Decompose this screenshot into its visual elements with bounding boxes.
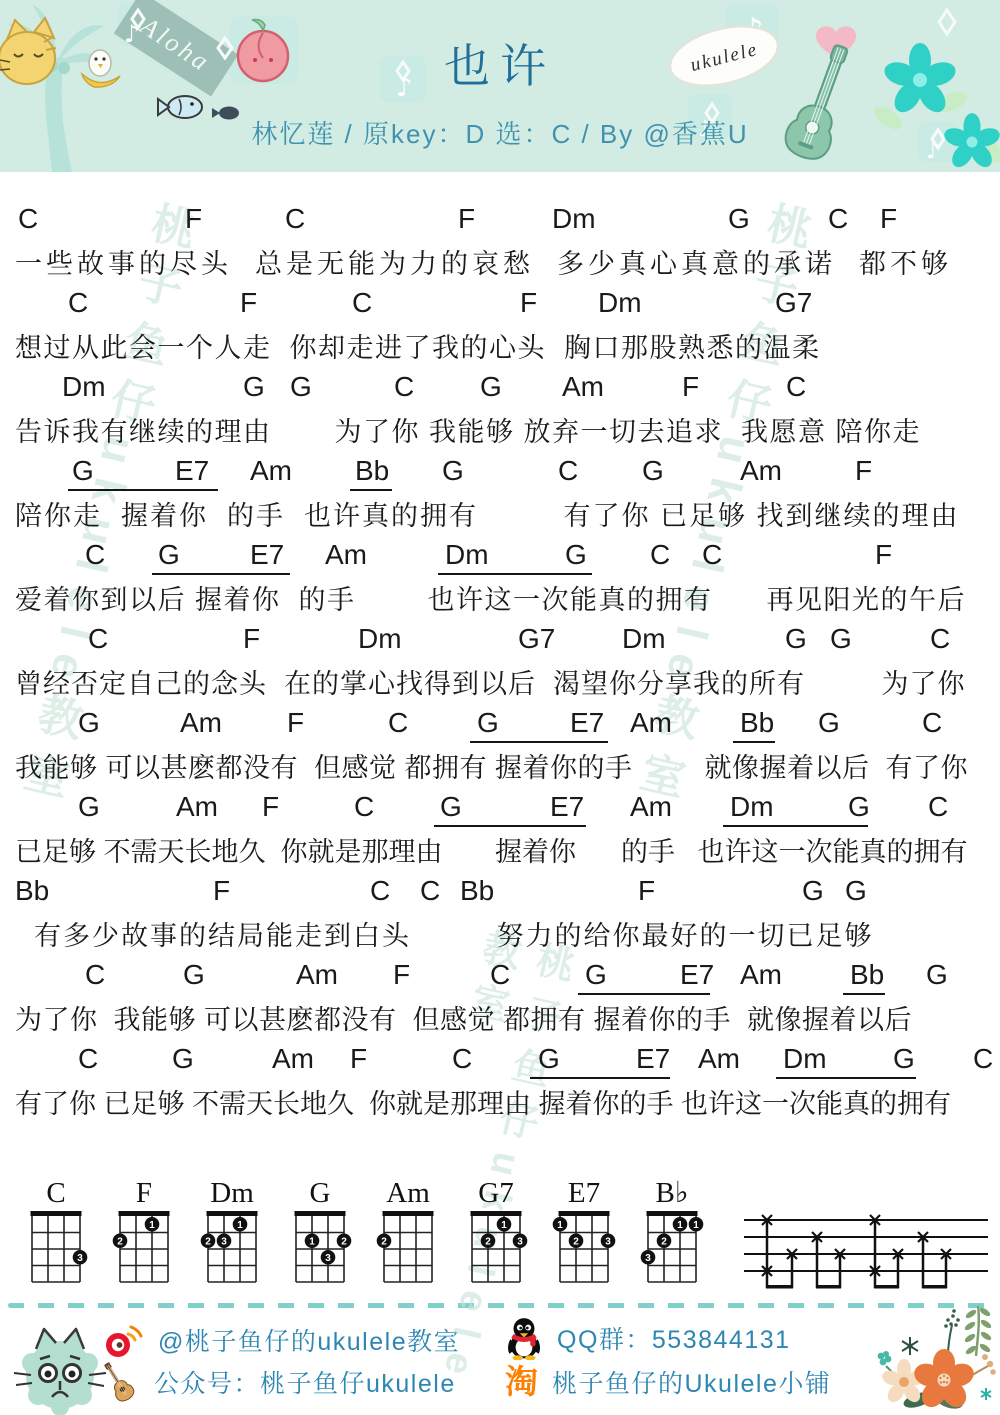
svg-text:2: 2: [117, 1236, 123, 1247]
line-10: CGAmFCGE7AmBbG为了你 我能够 可以甚麽都没有 但感觉 都拥有 握着…: [0, 959, 1000, 1043]
svg-text:3: 3: [517, 1236, 523, 1247]
chord: C: [354, 791, 374, 823]
chord-underline: [733, 741, 775, 743]
chord: Am: [325, 539, 367, 571]
chord: F: [520, 287, 537, 319]
flower-decoration: [848, 1298, 1000, 1415]
weibo-label: @桃子鱼仔的ukulele教室: [158, 1322, 460, 1358]
chord: E7: [550, 791, 584, 823]
lyric-line: 告诉我有继续的理由 为了你 我能够 放弃一切去追求 我愿意 陪你走: [15, 410, 921, 449]
lyric-line: 为了你 我能够 可以甚麽都没有 但感觉 都拥有 握着你的手 就像握着以后: [15, 998, 912, 1037]
chord-diagram-B♭: B♭1123: [637, 1178, 707, 1289]
chord: C: [558, 455, 578, 487]
svg-text:2: 2: [341, 1236, 347, 1247]
chord: G: [243, 371, 265, 403]
chord: Dm: [598, 287, 642, 319]
chord-underline: [470, 741, 608, 743]
chord: G: [78, 791, 100, 823]
chord: Am: [698, 1043, 740, 1075]
line-1: CFCFDmGCF一些故事的尽头 总是无能为力的哀愁 多少真心真意的承诺 都不够: [0, 203, 1000, 287]
chord-diagram-label: Am: [373, 1178, 443, 1210]
chord-diagram-label: G7: [461, 1178, 531, 1210]
chord: G: [72, 455, 94, 487]
chord-grid: 123: [549, 1210, 619, 1284]
chord: G: [642, 455, 664, 487]
taobao-contact: 淘 桃子鱼仔的Ukulele小铺: [505, 1360, 831, 1404]
chord-underline: [776, 1077, 916, 1079]
svg-text:1: 1: [501, 1220, 507, 1231]
lyric-line: 想过从此会一个人走 你却走进了我的心头 胸口那股熟悉的温柔: [15, 326, 821, 365]
chord: F: [880, 203, 897, 235]
chord-diagram-E7: E7123: [549, 1178, 619, 1289]
chord: E7: [570, 707, 604, 739]
chord: C: [370, 875, 390, 907]
chord: C: [85, 539, 105, 571]
taobao-label: 桃子鱼仔的Ukulele小铺: [552, 1364, 831, 1400]
chord: C: [420, 875, 440, 907]
chord: Am: [740, 455, 782, 487]
chord: C: [18, 203, 38, 235]
line-4: GE7AmBbGCGAmF陪你走 握着你 的手 也许真的拥有 有了你 已足够 找…: [0, 455, 1000, 539]
qq-contact: QQ群：553844131: [505, 1316, 791, 1360]
chord: G: [183, 959, 205, 991]
line-11: CGAmFCGE7AmDmGC有了你 已足够 不需天长地久 你就是那理由 握着你…: [0, 1043, 1000, 1127]
chord-underline: [578, 993, 710, 995]
weibo-contact: @桃子鱼仔的ukulele教室: [104, 1318, 460, 1362]
chord: Am: [296, 959, 338, 991]
lyric-line: 一些故事的尽头 总是无能为力的哀愁 多少真心真意的承诺 都不够: [15, 242, 952, 281]
svg-text:2: 2: [661, 1236, 667, 1247]
chord: Dm: [445, 539, 489, 571]
chord-grid: 12: [109, 1210, 179, 1284]
lyric-line: 曾经否定自己的念头 在的掌心找得到以后 渴望你分享我的所有 为了你: [15, 662, 966, 701]
svg-text:1: 1: [557, 1220, 563, 1231]
chord-underline: [152, 573, 290, 575]
chord-underline: [530, 1077, 670, 1079]
page-subtitle: 林忆莲 / 原key：D 选：C / By @香蕉U: [0, 114, 1000, 151]
chord: Am: [562, 371, 604, 403]
chord: G: [848, 791, 870, 823]
chord: C: [786, 371, 806, 403]
chord: C: [78, 1043, 98, 1075]
chord: Dm: [622, 623, 666, 655]
chord-grid: 2: [373, 1210, 443, 1284]
chord: C: [490, 959, 510, 991]
chord-diagram-label: G: [285, 1178, 355, 1210]
chord: E7: [250, 539, 284, 571]
lyric-line: 爱着你到以后 握着你 的手 也许这一次能真的拥有 再见阳光的午后: [15, 578, 966, 617]
svg-text:2: 2: [573, 1236, 579, 1247]
chord: Am: [630, 707, 672, 739]
chord-diagram-label: E7: [549, 1178, 619, 1210]
svg-text:3: 3: [605, 1236, 611, 1247]
chord: F: [243, 623, 260, 655]
line-2: CFCFDmG7想过从此会一个人走 你却走进了我的心头 胸口那股熟悉的温柔: [0, 287, 1000, 371]
svg-text:1: 1: [237, 1220, 243, 1231]
chord-grid: 123: [285, 1210, 355, 1284]
svg-text:3: 3: [325, 1253, 331, 1264]
lyric-line: 有了你 已足够 不需天长地久 你就是那理由 握着你的手 也许这一次能真的拥有: [15, 1082, 951, 1121]
line-8: GAmFCGE7AmDmGC已足够 不需天长地久 你就是那理由 握着你 的手 也…: [0, 791, 1000, 875]
chord: C: [68, 287, 88, 319]
svg-text:1: 1: [309, 1236, 315, 1247]
chord: F: [855, 455, 872, 487]
chord: G: [785, 623, 807, 655]
line-7: GAmFCGE7AmBbGC我能够 可以甚麽都没有 但感觉 都拥有 握着你的手 …: [0, 707, 1000, 791]
chord: G: [830, 623, 852, 655]
chord: G: [78, 707, 100, 739]
chord: C: [388, 707, 408, 739]
chord: G: [565, 539, 587, 571]
chord: E7: [680, 959, 714, 991]
chord: Dm: [730, 791, 774, 823]
lyric-line: 有多少故事的结局能走到白头 努力的给你最好的一切已足够: [15, 914, 874, 953]
chord: Dm: [552, 203, 596, 235]
strum-pattern-tab: [730, 1185, 1000, 1305]
chord: C: [702, 539, 722, 571]
chord: Am: [176, 791, 218, 823]
svg-text:3: 3: [77, 1253, 83, 1264]
chord: Bb: [15, 875, 49, 907]
chord-underline: [723, 825, 868, 827]
chord: C: [928, 791, 948, 823]
page-title: 也许: [0, 30, 1000, 96]
chord: G: [290, 371, 312, 403]
chord: F: [458, 203, 475, 235]
chord: F: [350, 1043, 367, 1075]
chord: Bb: [460, 875, 494, 907]
qq-icon: [505, 1316, 543, 1360]
chord: G: [158, 539, 180, 571]
chord-diagram-G7: G7123: [461, 1178, 531, 1289]
weibo-icon: [104, 1322, 144, 1358]
chord: G: [728, 203, 750, 235]
svg-text:1: 1: [693, 1220, 699, 1231]
chord: C: [973, 1043, 993, 1075]
chord-diagram-label: F: [109, 1178, 179, 1210]
lyric-line: 我能够 可以甚麽都没有 但感觉 都拥有 握着你的手 就像握着以后 有了你: [15, 746, 968, 785]
chord: Dm: [62, 371, 106, 403]
chord-underline: [843, 993, 885, 995]
chord: Am: [740, 959, 782, 991]
chord: Bb: [355, 455, 389, 487]
chord: C: [922, 707, 942, 739]
chord: G: [480, 371, 502, 403]
chord: Am: [630, 791, 672, 823]
svg-text:2: 2: [205, 1236, 211, 1247]
chord: Bb: [850, 959, 884, 991]
chord: G7: [518, 623, 555, 655]
chord: C: [930, 623, 950, 655]
chord-diagram-C: C3: [21, 1178, 91, 1289]
chord: C: [452, 1043, 472, 1075]
header: Aloha: [0, 0, 1000, 172]
chord: Am: [272, 1043, 314, 1075]
line-6: CFDmG7DmGGC曾经否定自己的念头 在的掌心找得到以后 渴望你分享我的所有…: [0, 623, 1000, 707]
chord-diagram-Am: Am2: [373, 1178, 443, 1289]
chord-underline: [434, 825, 586, 827]
svg-text:1: 1: [677, 1220, 683, 1231]
wechat-label: 公众号：桃子鱼仔ukulele: [154, 1364, 456, 1400]
svg-text:2: 2: [381, 1236, 387, 1247]
cat-mascot-icon: [10, 1323, 110, 1415]
page: Aloha: [0, 0, 1000, 1415]
chord-diagram-label: B♭: [637, 1178, 707, 1210]
lyric-line: 陪你走 握着你 的手 也许真的拥有 有了你 已足够 找到继续的理由: [15, 494, 960, 533]
chord: E7: [175, 455, 209, 487]
chord: Bb: [740, 707, 774, 739]
chord: F: [185, 203, 202, 235]
qq-group-label: QQ群：553844131: [557, 1320, 791, 1356]
chord: G: [802, 875, 824, 907]
svg-text:2: 2: [485, 1236, 491, 1247]
chord-diagram-Dm: Dm123: [197, 1178, 267, 1289]
chord: F: [287, 707, 304, 739]
svg-text:1: 1: [149, 1220, 155, 1231]
chord: F: [393, 959, 410, 991]
chord-underline: [68, 489, 218, 491]
chord: Dm: [783, 1043, 827, 1075]
line-9: BbFCCBbFGG 有多少故事的结局能走到白头 努力的给你最好的一切已足够: [0, 875, 1000, 959]
chord-underline: [438, 573, 592, 575]
chord-underline: [350, 489, 392, 491]
chord: G: [818, 707, 840, 739]
line-3: DmGGCGAmFC告诉我有继续的理由 为了你 我能够 放弃一切去追求 我愿意 …: [0, 371, 1000, 455]
chord: G: [477, 707, 499, 739]
chord: G: [845, 875, 867, 907]
chord: G: [585, 959, 607, 991]
chord: G: [538, 1043, 560, 1075]
svg-text:3: 3: [221, 1236, 227, 1247]
wechat-contact: 公众号：桃子鱼仔ukulele: [100, 1360, 456, 1404]
chord: C: [394, 371, 414, 403]
chord: F: [875, 539, 892, 571]
chord: G: [440, 791, 462, 823]
chord-diagram-label: C: [21, 1178, 91, 1210]
chord: G: [926, 959, 948, 991]
line-5: CGE7AmDmGCCF爱着你到以后 握着你 的手 也许这一次能真的拥有 再见阳…: [0, 539, 1000, 623]
chord: F: [240, 287, 257, 319]
svg-text:3: 3: [645, 1253, 651, 1264]
chord: C: [352, 287, 372, 319]
chord-grid: 3: [21, 1210, 91, 1284]
chord: F: [262, 791, 279, 823]
chord: C: [85, 959, 105, 991]
chord-diagram-G: G123: [285, 1178, 355, 1289]
chord: G: [442, 455, 464, 487]
chord-grid: 1123: [637, 1210, 707, 1284]
taobao-icon: 淘: [505, 1364, 538, 1400]
chord-diagram-F: F12: [109, 1178, 179, 1289]
chord: G7: [775, 287, 812, 319]
chord: C: [650, 539, 670, 571]
chord: G: [893, 1043, 915, 1075]
chord: F: [638, 875, 655, 907]
chord: F: [682, 371, 699, 403]
chord: C: [285, 203, 305, 235]
chord: C: [828, 203, 848, 235]
chord-grid: 123: [461, 1210, 531, 1284]
chord: Dm: [358, 623, 402, 655]
chord: G: [172, 1043, 194, 1075]
chord: Am: [180, 707, 222, 739]
chord-diagram-label: Dm: [197, 1178, 267, 1210]
ukulele-small-icon: [100, 1359, 140, 1405]
chord: E7: [636, 1043, 670, 1075]
chord: Am: [250, 455, 292, 487]
lyric-line: 已足够 不需天长地久 你就是那理由 握着你 的手 也许这一次能真的拥有: [15, 830, 968, 869]
chord-grid: 123: [197, 1210, 267, 1284]
chord: F: [213, 875, 230, 907]
chord: C: [88, 623, 108, 655]
